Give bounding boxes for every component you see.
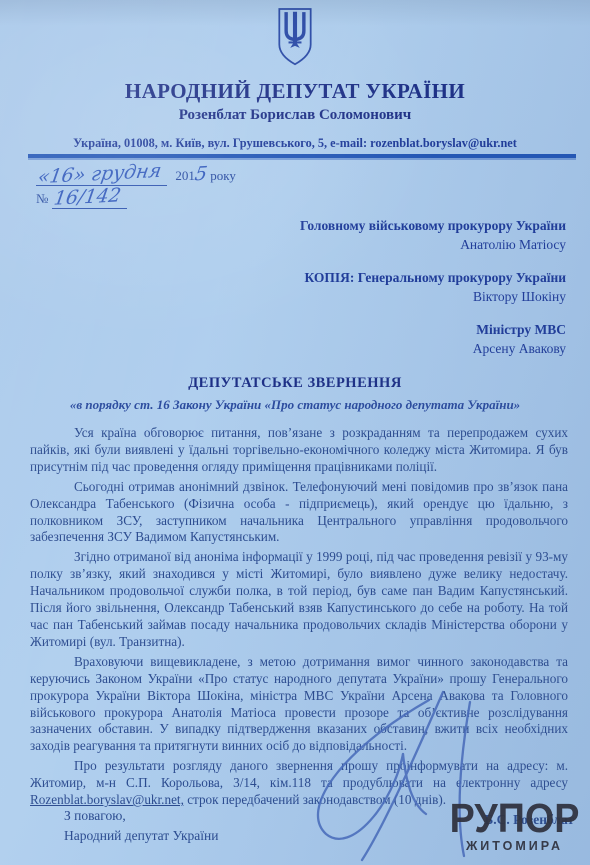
- letterhead: НАРОДНИЙ ДЕПУТАТ УКРАЇНИ Розенблат Борис…: [0, 7, 590, 158]
- paragraph-5-text: Про результати розгляду даного звернення…: [30, 758, 568, 790]
- number-label: №: [36, 191, 48, 206]
- recipient-title: Головному військовому прокурору України: [0, 217, 566, 234]
- handwritten-date: «16» грудня: [37, 164, 162, 185]
- recipient-title: КОПІЯ: Генеральному прокурору України: [0, 269, 566, 286]
- recipient-name: Віктору Шокіну: [0, 288, 566, 305]
- letterhead-title: НАРОДНИЙ ДЕПУТАТ УКРАЇНИ: [0, 79, 590, 104]
- document-heading: ДЕПУТАТСЬКЕ ЗВЕРНЕННЯ: [0, 375, 590, 392]
- recipient-interior-minister: Міністру МВС Арсену Авакову: [0, 321, 566, 357]
- email-address-text: Rozenblat.boryslav@ukr.net,: [30, 792, 184, 807]
- recipients-block: Головному військовому прокурору України …: [0, 217, 566, 357]
- year-word: року: [210, 168, 236, 183]
- document-subheading: «в порядку ст. 16 Закону України «Про ст…: [0, 397, 590, 413]
- signer-position: Народний депутат України: [64, 826, 218, 846]
- handwritten-number: 16/142: [53, 188, 122, 206]
- letter-body: Уся країна обговорює питання, пов’язане …: [30, 425, 568, 809]
- recipient-prosecutor-general-copy: КОПІЯ: Генеральному прокурору України Ві…: [0, 269, 566, 305]
- letterhead-divider: [28, 154, 576, 158]
- paragraph-1: Уся країна обговорює питання, пов’язане …: [30, 425, 568, 476]
- number-blank: 16/142: [52, 190, 127, 209]
- letterhead-address: Україна, 01008, м. Київ, вул. Грушевсько…: [0, 136, 590, 151]
- paragraph-4: Враховуючи вищевикладене, з метою дотрим…: [30, 654, 568, 755]
- recipient-title: Міністру МВС: [0, 321, 566, 338]
- date-line: «16» грудня2015 року: [36, 167, 590, 186]
- valediction: З повагою,: [64, 806, 218, 826]
- subject-block: ДЕПУТАТСЬКЕ ЗВЕРНЕННЯ «в порядку ст. 16 …: [0, 375, 590, 413]
- deputy-name: Розенблат Борислав Соломонович: [0, 107, 590, 124]
- paragraph-3: Згідно отриманої від аноніма інформації …: [30, 549, 568, 650]
- recipient-name: Анатолію Матіосу: [0, 236, 566, 253]
- watermark-line1: РУПОР: [450, 798, 580, 838]
- number-line: №16/142: [36, 190, 590, 209]
- paragraph-5-tail: строк передбачений законодавством (10 дн…: [184, 792, 446, 807]
- paragraph-2: Сьогодні отримав анонімний дзвінок. Теле…: [30, 479, 568, 547]
- date-blank: «16» грудня: [36, 167, 167, 186]
- watermark-line2: ЖИТОМИРА: [444, 839, 585, 853]
- ukraine-trident-shield-icon: [0, 7, 590, 72]
- year-printed: 201: [175, 168, 195, 183]
- recipient-name: Арсену Авакову: [0, 340, 566, 357]
- recipient-chief-military-prosecutor: Головному військовому прокурору України …: [0, 217, 566, 253]
- reference-block: «16» грудня2015 року №16/142: [36, 167, 590, 209]
- rupor-zhytomyra-watermark: РУПОР ЖИТОМИРА: [444, 798, 585, 853]
- handwritten-year-digit: 5: [194, 167, 208, 182]
- closing-block: З повагою, Народний депутат України: [64, 806, 218, 846]
